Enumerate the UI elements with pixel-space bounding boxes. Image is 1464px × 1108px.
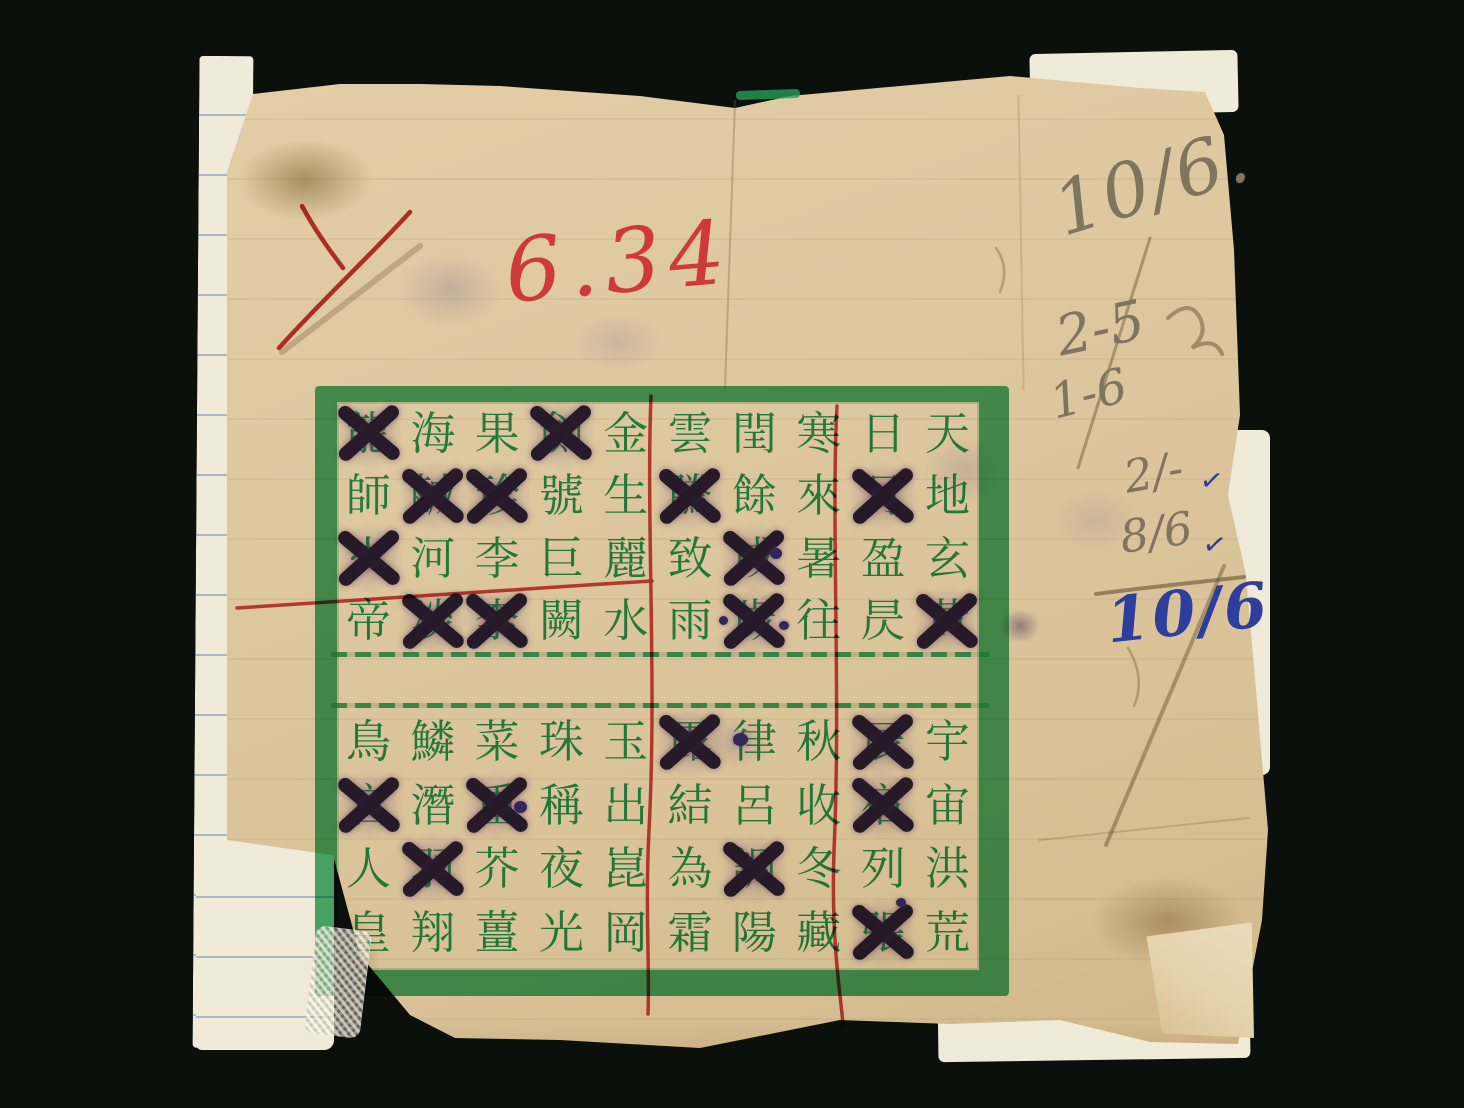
red-vertical-line-right (833, 406, 843, 1024)
blue-check-icon: ✓ (1198, 463, 1226, 499)
pencil-note-4: 2/- (1120, 441, 1187, 503)
red-horizontal-line (237, 581, 652, 608)
red-vertical-line-left (647, 396, 652, 1014)
pencil-note-5: 8/6 (1117, 501, 1196, 564)
red-handwritten-number: 6.34 (501, 200, 737, 322)
red-y-check-mark (279, 206, 420, 352)
photographed-lottery-ticket: 天地玄黃日月盈昃寒來暑往閏餘成歲雲騰致雨金生麗水劍號巨闕果珍李柰海鹹河淡龍師火帝… (0, 0, 1464, 1108)
